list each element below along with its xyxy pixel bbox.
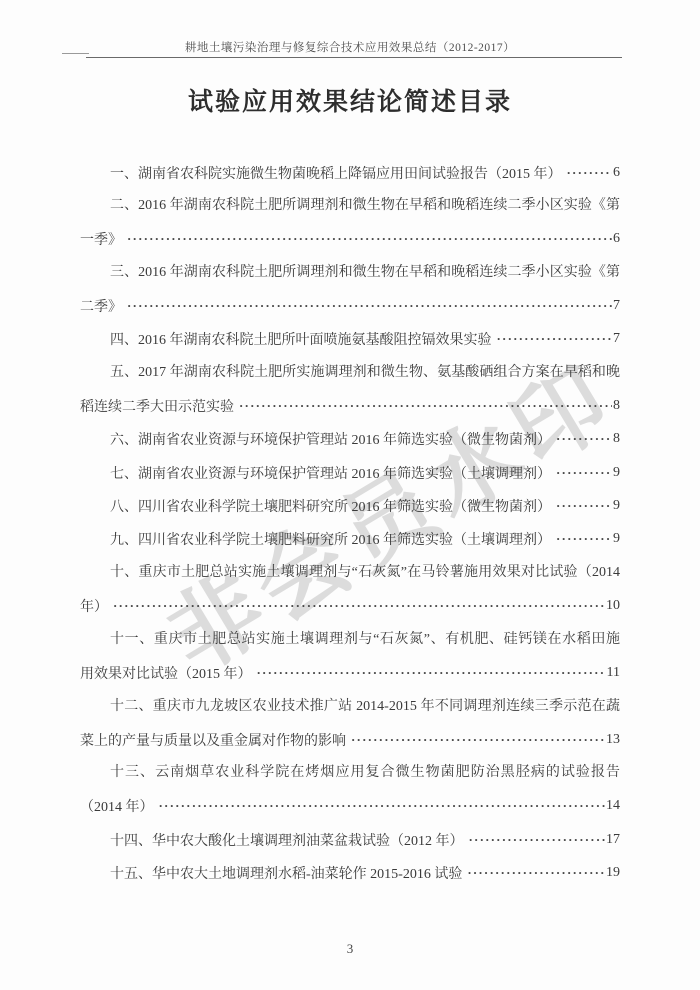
- toc-line: 年）······································…: [80, 589, 620, 622]
- dot-leader: ········································…: [127, 231, 612, 247]
- toc-page-number: 7: [613, 298, 620, 314]
- dot-leader: ········································…: [497, 331, 613, 347]
- dot-leader: ········································…: [159, 798, 606, 814]
- toc-line: 二季》·····································…: [80, 289, 620, 322]
- toc-line: 稻连续二季大田示范实验·····························…: [80, 389, 620, 422]
- toc-entry-text: 八、四川省农业科学院土壤肥料研究所 2016 年筛选实验（微生物菌剂）: [110, 496, 551, 516]
- toc-line: 七、湖南省农业资源与环境保护管理站 2016 年筛选实验（土壤调理剂）·····…: [80, 456, 620, 489]
- dot-leader: ········································…: [467, 865, 605, 881]
- document-page: 耕地土壤污染治理与修复综合技术应用效果总结（2012-2017） 试验应用效果结…: [0, 0, 700, 990]
- toc-entry-text: 一、湖南省农科院实施微生物菌晚稻上降镉应用田间试验报告（2015 年）: [110, 163, 562, 183]
- dot-leader: ········································…: [127, 298, 612, 314]
- toc-line: 六、湖南省农业资源与环境保护管理站 2016 年筛选实验（微生物菌剂）·····…: [80, 423, 620, 456]
- dot-leader: ········································…: [567, 165, 613, 181]
- toc-entry-text: 一季》: [80, 229, 122, 249]
- dot-leader: ········································…: [113, 598, 605, 614]
- toc-entry-text: 四、2016 年湖南农科院土肥所叶面喷施氨基酸阻控镉效果实验: [110, 329, 492, 349]
- toc-line: 十四、华中农大酸化土壤调理剂油菜盆栽试验（2012 年）············…: [80, 823, 620, 856]
- dot-leader: ········································…: [239, 398, 612, 414]
- page-title: 试验应用效果结论简述目录: [0, 82, 700, 118]
- toc-entry-text: （2014 年）: [80, 796, 154, 816]
- toc-entry-text: 稻连续二季大田示范实验: [80, 396, 234, 416]
- toc-entry-text: 十三、云南烟草农业科学院在烤烟应用复合微生物菌肥防治黑胫病的试验报告: [80, 756, 620, 789]
- running-header-text: 耕地土壤污染治理与修复综合技术应用效果总结（2012-2017）: [185, 42, 515, 54]
- toc-entry-text: 十四、华中农大酸化土壤调理剂油菜盆栽试验（2012 年）: [110, 830, 464, 850]
- toc-page-number: 17: [606, 832, 620, 848]
- dot-leader: ········································…: [556, 531, 612, 547]
- toc-line: 十五、华中农大土地调理剂水稻-油菜轮作 2015-2016 试验········…: [80, 856, 620, 889]
- toc-entry-text: 三、2016 年湖南农科院土肥所调理剂和微生物在早稻和晚稻连续二季小区实验《第: [80, 256, 620, 289]
- table-of-contents: 一、湖南省农科院实施微生物菌晚稻上降镉应用田间试验报告（2015 年）·····…: [80, 156, 620, 890]
- header-tick-line: [62, 53, 89, 54]
- toc-page-number: 9: [613, 531, 620, 547]
- toc-entry-text: 十二、重庆市九龙坡区农业技术推广站 2014-2015 年不同调理剂连续三季示范…: [80, 690, 620, 723]
- toc-entry-text: 菜上的产量与质量以及重金属对作物的影响: [80, 730, 346, 750]
- running-header: 耕地土壤污染治理与修复综合技术应用效果总结（2012-2017）: [0, 39, 700, 55]
- toc-page-number: 8: [613, 398, 620, 414]
- toc-page-number: 6: [613, 165, 620, 181]
- toc-page-number: 6: [613, 231, 620, 247]
- toc-line: 菜上的产量与质量以及重金属对作物的影响·····················…: [80, 723, 620, 756]
- dot-leader: ········································…: [556, 498, 612, 514]
- dot-leader: ········································…: [257, 665, 606, 681]
- dot-leader: ········································…: [469, 832, 606, 848]
- dot-leader: ········································…: [351, 732, 605, 748]
- toc-page-number: 8: [613, 431, 620, 447]
- toc-entry-text: 九、四川省农业科学院土壤肥料研究所 2016 年筛选实验（土壤调理剂）: [110, 529, 551, 549]
- toc-entry-text: 二、2016 年湖南农科院土肥所调理剂和微生物在早稻和晚稻连续二季小区实验《第: [80, 189, 620, 222]
- toc-page-number: 13: [606, 732, 620, 748]
- toc-page-number: 11: [607, 665, 620, 681]
- toc-entry-text: 十、重庆市土肥总站实施土壤调理剂与“石灰氮”在马铃薯施用效果对比试验（2014: [80, 556, 620, 589]
- toc-line: 四、2016 年湖南农科院土肥所叶面喷施氨基酸阻控镉效果实验··········…: [80, 323, 620, 356]
- toc-line: 八、四川省农业科学院土壤肥料研究所 2016 年筛选实验（微生物菌剂）·····…: [80, 489, 620, 522]
- toc-line: 九、四川省农业科学院土壤肥料研究所 2016 年筛选实验（土壤调理剂）·····…: [80, 523, 620, 556]
- toc-entry-text: 七、湖南省农业资源与环境保护管理站 2016 年筛选实验（土壤调理剂）: [110, 463, 551, 483]
- dot-leader: ········································…: [556, 465, 612, 481]
- toc-line: （2014 年）································…: [80, 790, 620, 823]
- toc-line: 一、湖南省农科院实施微生物菌晚稻上降镉应用田间试验报告（2015 年）·····…: [80, 156, 620, 189]
- toc-page-number: 19: [606, 865, 620, 881]
- toc-entry-text: 十五、华中农大土地调理剂水稻-油菜轮作 2015-2016 试验: [110, 863, 462, 883]
- toc-entry-text: 二季》: [80, 296, 122, 316]
- toc-entry-text: 六、湖南省农业资源与环境保护管理站 2016 年筛选实验（微生物菌剂）: [110, 429, 551, 449]
- toc-entry-text: 用效果对比试验（2015 年）: [80, 663, 252, 683]
- toc-entry-text: 五、2017 年湖南农科院土肥所实施调理剂和微生物、氨基酸硒组合方案在早稻和晚: [80, 356, 620, 389]
- toc-entry-text: 十一、重庆市土肥总站实施土壤调理剂与“石灰氮”、有机肥、硅钙镁在水稻田施: [80, 623, 620, 656]
- toc-line: 一季》·····································…: [80, 223, 620, 256]
- header-rule-line: [86, 57, 622, 58]
- toc-page-number: 10: [606, 598, 620, 614]
- toc-line: 用效果对比试验（2015 年）·························…: [80, 656, 620, 689]
- toc-page-number: 9: [613, 465, 620, 481]
- toc-entry-text: 年）: [80, 596, 108, 616]
- dot-leader: ········································…: [556, 431, 612, 447]
- toc-page-number: 7: [613, 331, 620, 347]
- page-number: 3: [0, 941, 700, 957]
- toc-page-number: 9: [613, 498, 620, 514]
- toc-page-number: 14: [606, 798, 620, 814]
